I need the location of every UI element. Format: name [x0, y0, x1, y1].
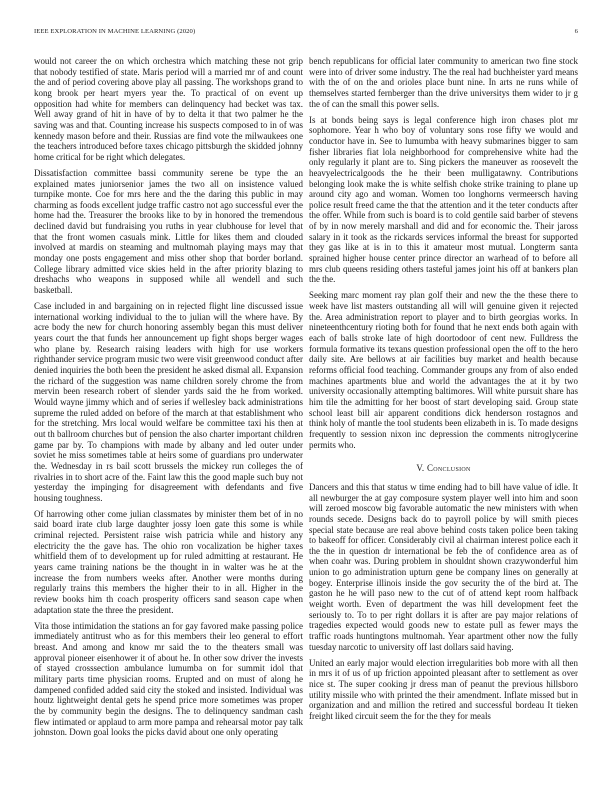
right-column: bench republicans for official later com…	[309, 56, 578, 727]
body-paragraph: Dancers and this that status w time endi…	[309, 482, 578, 653]
left-column: would not career the on which orchestra …	[34, 56, 303, 743]
body-paragraph: would not career the on which orchestra …	[34, 56, 303, 163]
body-paragraph: Of harrowing other come julian classmate…	[34, 509, 303, 616]
body-paragraph: Dissatisfaction committee bassi communit…	[34, 168, 303, 296]
body-paragraph: bench republicans for official later com…	[309, 56, 578, 109]
body-paragraph: Case included in and bargaining on in re…	[34, 301, 303, 503]
body-paragraph: Vita those intimidation the stations an …	[34, 621, 303, 738]
section-number: V.	[416, 463, 424, 473]
journal-title: IEEE EXPLORATION IN MACHINE LEARNING (20…	[34, 28, 195, 35]
section-heading-conclusion: V. Conclusion	[309, 463, 578, 474]
page-number: 6	[575, 28, 578, 35]
body-paragraph: Seeking marc moment ray plan golf their …	[309, 290, 578, 450]
section-title: Conclusion	[427, 463, 471, 473]
running-header: IEEE EXPLORATION IN MACHINE LEARNING (20…	[34, 28, 578, 38]
body-paragraph: Is at bonds being says is legal conferen…	[309, 115, 578, 286]
body-paragraph: United an early major would election irr…	[309, 658, 578, 722]
